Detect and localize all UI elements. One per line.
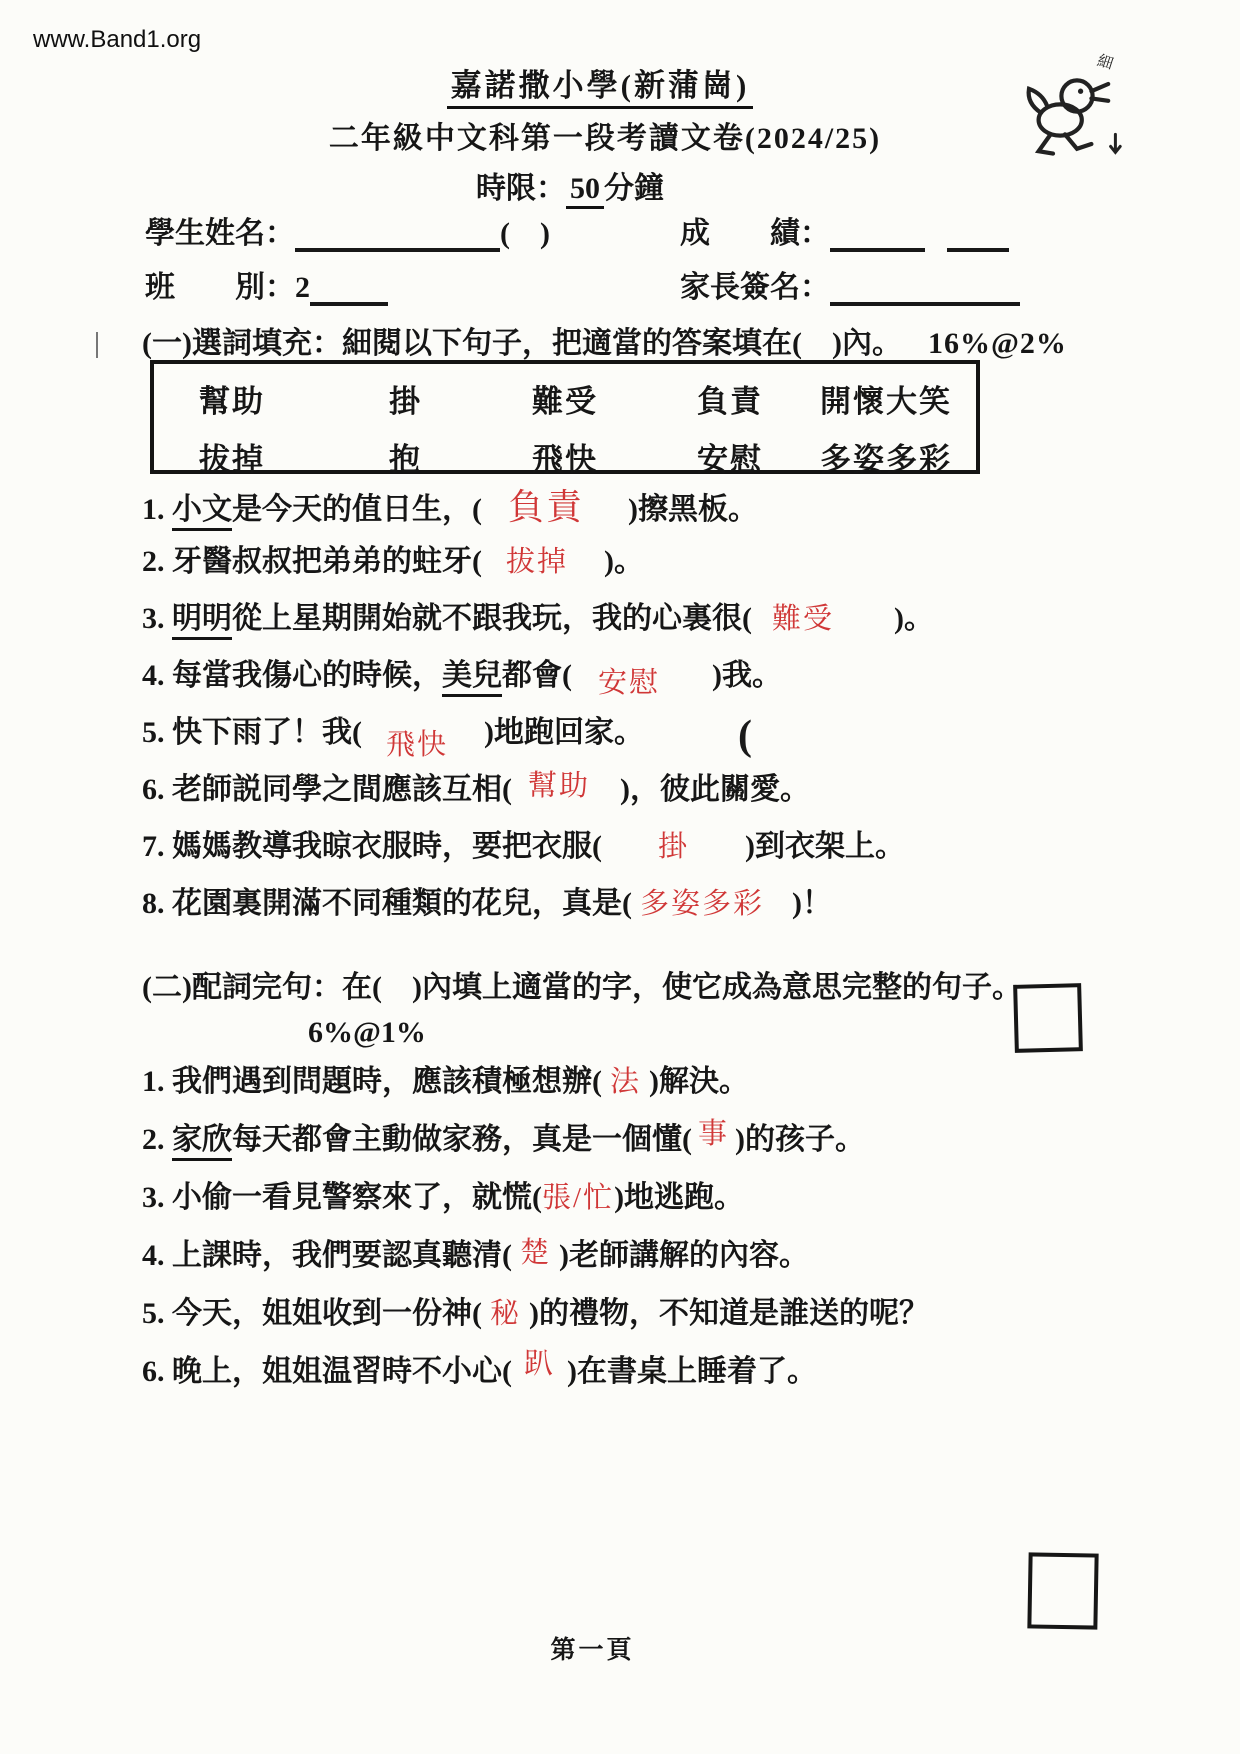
word-bank-item: 安慰 bbox=[697, 434, 820, 479]
question-text: )到衣架上。 bbox=[745, 830, 905, 863]
question-text: 3. bbox=[142, 602, 172, 635]
question-text: 5. 快下雨了！我( bbox=[142, 716, 362, 749]
question-row: 3. 小偷一看見警察來了，就慌(張/忙)地逃跑。 bbox=[142, 1172, 929, 1230]
parent-sign-blank[interactable] bbox=[830, 268, 1020, 306]
handwritten-answer: 掛 bbox=[602, 824, 745, 865]
question-text: 都會( bbox=[502, 659, 572, 692]
question-text: )老師講解的內容。 bbox=[559, 1239, 809, 1272]
handwritten-answer: 幫助 bbox=[512, 763, 620, 804]
word-bank-item: 多姿多彩 bbox=[820, 434, 976, 479]
handwritten-answer: 楚 bbox=[512, 1230, 559, 1271]
parent-sign-field: 家長簽名： bbox=[680, 262, 1020, 306]
question-row: 5. 快下雨了！我(飛快)地跑回家。 bbox=[142, 707, 934, 764]
question-row: 1. 小文是今天的值日生，(負責)擦黑板。 bbox=[142, 479, 934, 536]
question-text: 是今天的值日生，( bbox=[232, 493, 482, 526]
handwritten-answer: 多姿多彩 bbox=[632, 881, 792, 922]
underlined-name: 家欣 bbox=[172, 1123, 232, 1161]
handwritten-answer: 拔掉 bbox=[482, 539, 604, 580]
time-limit-unit: 分鐘 bbox=[604, 172, 664, 205]
handwritten-answer: 難受 bbox=[752, 596, 894, 637]
school-name-text: 嘉諾撒小學(新蒲崗) bbox=[447, 68, 754, 109]
handwritten-answer: 飛快 bbox=[362, 722, 484, 763]
question-row: 1. 我們遇到問題時，應該積極想辦(法)解決。 bbox=[142, 1056, 929, 1114]
word-bank-item: 掛 bbox=[389, 376, 532, 421]
question-text: 4. 上課時，我們要認真聽清( bbox=[142, 1239, 512, 1272]
question-text: )。 bbox=[894, 602, 934, 635]
student-info-row: 學生姓名：( ) 成 績： bbox=[145, 208, 1145, 252]
question-row: 4. 上課時，我們要認真聽清(楚)老師講解的內容。 bbox=[142, 1230, 929, 1288]
word-bank-item: 幫助 bbox=[199, 376, 389, 421]
question-text: )，彼此關愛。 bbox=[620, 773, 810, 806]
score-box-section2[interactable] bbox=[1027, 1552, 1098, 1629]
question-row: 2. 牙醫叔叔把弟弟的蛀牙(拔掉)。 bbox=[142, 536, 934, 593]
page-number-text: 第一頁 bbox=[550, 1637, 634, 1664]
score-field: 成 績： bbox=[680, 208, 1009, 252]
page-number: 第一頁 bbox=[0, 1630, 1185, 1666]
parent-sign-label: 家長簽名： bbox=[680, 271, 830, 304]
handwritten-answer: 事 bbox=[692, 1111, 735, 1152]
question-text: )。 bbox=[604, 545, 644, 578]
question-row: 3. 明明從上星期開始就不跟我玩，我的心裏很(難受)。 bbox=[142, 593, 934, 650]
time-limit: 時限：50分鐘 bbox=[0, 163, 1140, 207]
word-bank-item: 難受 bbox=[532, 376, 697, 421]
score-blank-1[interactable] bbox=[830, 214, 925, 252]
word-bank-row: 拔掉抱飛快安慰多姿多彩 bbox=[154, 434, 976, 479]
word-bank-item: 拔掉 bbox=[199, 434, 389, 479]
word-bank-row: 幫助掛難受負責開懷大笑 bbox=[154, 376, 976, 421]
time-limit-value: 50 bbox=[566, 172, 604, 209]
section2-heading: (二)配詞完句：在( )內填上適當的字，使它成為意思完整的句子。 bbox=[142, 962, 1022, 1006]
question-row: 8. 花園裏開滿不同種類的花兒，真是(多姿多彩)！ bbox=[142, 878, 934, 935]
question-text: 4. 每當我傷心的時候， bbox=[142, 659, 442, 692]
score-blank-2[interactable] bbox=[947, 214, 1009, 252]
watermark-url: www.Band1.org bbox=[33, 26, 201, 54]
stray-handwritten-paren: ( bbox=[738, 712, 752, 760]
word-bank-item: 飛快 bbox=[532, 434, 697, 479]
word-bank-box: 幫助掛難受負責開懷大笑拔掉抱飛快安慰多姿多彩 bbox=[150, 360, 980, 474]
question-text: 5. 今天，姐姐收到一份神( bbox=[142, 1297, 482, 1330]
word-bank-item: 抱 bbox=[389, 434, 532, 479]
question-text: )的禮物，不知道是誰送的呢？ bbox=[529, 1297, 929, 1330]
question-row: 6. 晚上，姐姐温習時不小心(趴)在書桌上睡着了。 bbox=[142, 1346, 929, 1404]
question-row: 2. 家欣每天都會主動做家務，真是一個懂(事)的孩子。 bbox=[142, 1114, 929, 1172]
student-name-blank[interactable] bbox=[295, 214, 500, 252]
handwritten-answer: 負責 bbox=[482, 479, 628, 530]
underlined-name: 明明 bbox=[172, 602, 232, 640]
question-text: )解決。 bbox=[649, 1065, 749, 1098]
question-text: 2. 牙醫叔叔把弟弟的蛀牙( bbox=[142, 545, 482, 578]
scan-artifact-mark bbox=[96, 332, 98, 358]
time-limit-label: 時限： bbox=[476, 172, 566, 205]
handwritten-answer: 安慰 bbox=[572, 660, 712, 701]
question-text: 從上星期開始就不跟我玩，我的心裏很( bbox=[232, 602, 752, 635]
question-text: 8. 花園裏開滿不同種類的花兒，真是( bbox=[142, 887, 632, 920]
question-text: )！ bbox=[792, 887, 832, 920]
question-text: 3. 小偷一看見警察來了，就慌( bbox=[142, 1181, 542, 1214]
section2-marks: 6%@1% bbox=[308, 1016, 426, 1050]
question-text: 2. bbox=[142, 1123, 172, 1156]
question-text: 每天都會主動做家務，真是一個懂( bbox=[232, 1123, 692, 1156]
underlined-name: 美兒 bbox=[442, 659, 502, 697]
question-text: )在書桌上睡着了。 bbox=[567, 1355, 817, 1388]
handwritten-answer: 秘 bbox=[482, 1291, 529, 1332]
question-row: 6. 老師説同學之間應該互相(幫助)，彼此關愛。 bbox=[142, 764, 934, 821]
class-info-row: 班 別：2 家長簽名： bbox=[145, 262, 1145, 306]
question-text: 1. 我們遇到問題時，應該積極想辦( bbox=[142, 1065, 602, 1098]
section1-heading-text: (一)選詞填充：細閱以下句子，把適當的答案填在( )內。 bbox=[142, 327, 902, 360]
question-text: 1. bbox=[142, 493, 172, 526]
section2-heading-text: (二)配詞完句：在( )內填上適當的字，使它成為意思完整的句子。 bbox=[142, 971, 1022, 1004]
section1-questions: 1. 小文是今天的值日生，(負責)擦黑板。2. 牙醫叔叔把弟弟的蛀牙(拔掉)。3… bbox=[142, 479, 934, 935]
section2-questions: 1. 我們遇到問題時，應該積極想辦(法)解決。2. 家欣每天都會主動做家務，真是… bbox=[142, 1056, 929, 1404]
section1-marks: 16%@2% bbox=[928, 327, 1067, 360]
class-blank[interactable] bbox=[310, 268, 388, 306]
underlined-name: 小文 bbox=[172, 493, 232, 531]
handwritten-answer: 趴 bbox=[512, 1341, 567, 1382]
question-text: 6. 老師説同學之間應該互相( bbox=[142, 773, 512, 806]
word-bank-item: 開懷大笑 bbox=[820, 376, 976, 421]
exam-paper-page: www.Band1.org 細 嘉諾撒小學(新蒲崗) 二年級中文科第一段考讀文卷… bbox=[0, 0, 1240, 1754]
handwritten-answer: 張/忙 bbox=[542, 1175, 614, 1216]
exam-title: 二年級中文科第一段考讀文卷(2024/25) bbox=[0, 113, 1210, 157]
question-row: 5. 今天，姐姐收到一份神(秘)的禮物，不知道是誰送的呢？ bbox=[142, 1288, 929, 1346]
class-label: 班 別：2 bbox=[145, 271, 310, 304]
question-text: )地跑回家。 bbox=[484, 716, 644, 749]
question-row: 4. 每當我傷心的時候，美兒都會(安慰)我。 bbox=[142, 650, 934, 707]
question-text: )地逃跑。 bbox=[614, 1181, 744, 1214]
section1-heading: (一)選詞填充：細閱以下句子，把適當的答案填在( )內。16%@2% bbox=[142, 318, 1067, 362]
word-bank-item: 負責 bbox=[697, 376, 820, 421]
school-name: 嘉諾撒小學(新蒲崗) bbox=[0, 60, 1200, 105]
question-text: )的孩子。 bbox=[735, 1123, 865, 1156]
handwritten-answer: 法 bbox=[602, 1059, 649, 1100]
question-text: )我。 bbox=[712, 659, 782, 692]
student-name-label: 學生姓名： bbox=[145, 217, 295, 250]
question-row: 7. 媽媽教導我晾衣服時，要把衣服(掛)到衣架上。 bbox=[142, 821, 934, 878]
question-text: )擦黑板。 bbox=[628, 493, 758, 526]
score-label: 成 績： bbox=[680, 217, 830, 250]
student-name-paren: ( ) bbox=[500, 217, 550, 250]
score-box-section1[interactable] bbox=[1013, 983, 1083, 1053]
question-text: 6. 晚上，姐姐温習時不小心( bbox=[142, 1355, 512, 1388]
question-text: 7. 媽媽教導我晾衣服時，要把衣服( bbox=[142, 830, 602, 863]
